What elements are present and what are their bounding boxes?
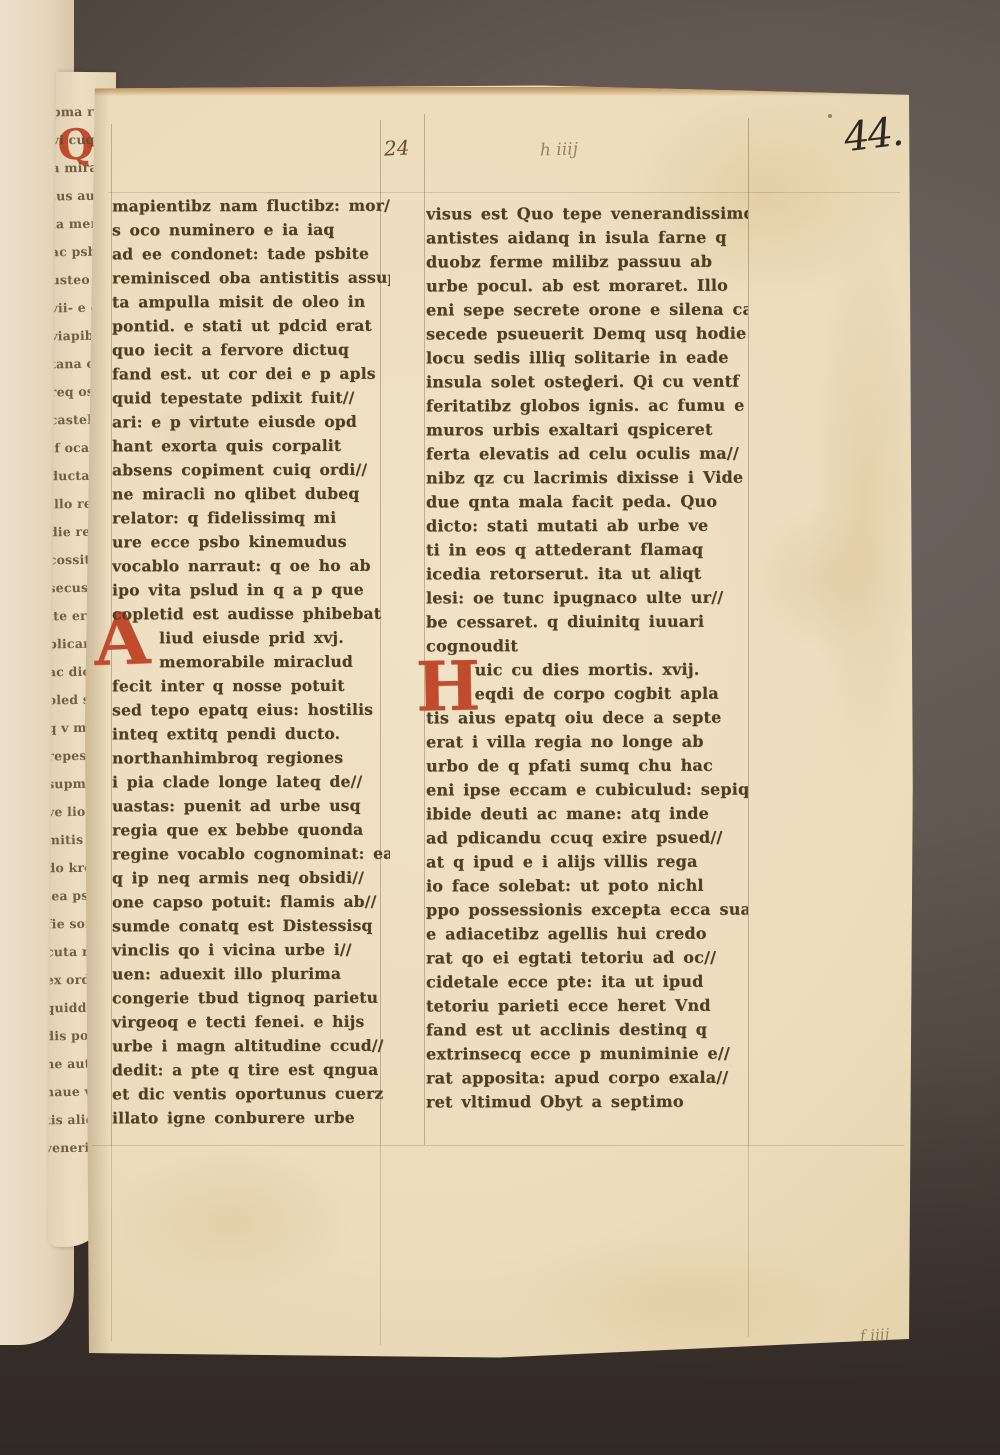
stain [514,1234,844,1364]
quire-mark: h iiij [540,139,579,160]
text-line: extrinsecq ecce p muniminie e// [426,1042,748,1067]
text-line: congerie tbud tignoq parietu [112,986,390,1011]
manuscript-page: 44. 24 h iiij f iiij A H mapientibz nam … [84,84,914,1362]
text-line: cidetale ecce pte: ita ut ipud [426,970,748,995]
text-line: eni sepe secrete orone e silena ca [426,298,748,323]
text-line: sumde conatq est Distessisq [112,914,390,939]
text-line: secede psueuerit Demq usq hodie [426,322,748,347]
text-line: tis aius epatq oiu dece a septe [426,706,748,731]
text-line: et dic ventis oportunus cuerz [112,1082,390,1107]
text-line: virgeoq e tecti fenei. e hijs [112,1010,390,1035]
ruling-line-bottom [92,1145,904,1146]
text-line: relator: q fidelissimq mi [112,506,390,531]
ruling-line-col2-right [748,118,749,1145]
folio-number: 44. [841,109,904,162]
text-line: mapientibz nam fluctibz: mor// [112,194,390,219]
text-line: ad ee condonet: tade psbite [112,242,390,267]
stain [744,504,894,654]
text-line: urbo de q pfati sumq chu hac [426,754,748,779]
text-line: nibz qz cu lacrimis dixisse i Vide [426,466,748,491]
text-line: locu sedis illiq solitarie in eade [426,346,748,371]
text-line: duobz ferme milibz passuu ab [426,250,748,275]
page-top-edge [90,87,908,96]
text-line: due qnta mala facit peda. Quo [426,490,748,515]
ruling-extension [748,1145,749,1337]
text-line: ferta elevatis ad celu oculis ma// [426,442,748,467]
ruling-line-top [108,192,900,193]
text-line: ti in eos q attederant flamaq [426,538,748,563]
text-line: sed tepo epatq eius: hostilis [112,698,390,723]
text-line: illato igne conburere urbe [112,1106,390,1131]
ruling-extension [111,1145,112,1341]
text-line: ret vltimud Obyt a septimo [426,1090,748,1115]
text-line: eni ipse eccam e cubiculud: sepiq [426,778,748,803]
text-line: reminisced oba antistitis assup// [112,266,390,291]
text-line: q ip neq armis neq obsidi// [112,866,390,891]
text-line: insula solet ostederi. Qi cu ventf [426,370,748,395]
text-line: io face solebat: ut poto nichl [426,874,748,899]
text-line: at q ipud e i alijs villis rega [426,850,748,875]
text-line: i pia clade longe lateq de// [112,770,390,795]
text-line: copletid est audisse phibebat [112,602,390,627]
text-line: vinclis qo i vicina urbe i// [112,938,390,963]
text-line: cognoudit [426,634,748,659]
text-line: liud eiusde prid xvj. [112,626,390,651]
text-line: erat i villa regia no longe ab [426,730,748,755]
text-line: fand est ut acclinis destinq q [426,1018,748,1043]
text-line: inteq extitq pendi ducto. [112,722,390,747]
text-line: icedia retorserut. ita ut aliqt [426,562,748,587]
ruling-extension [380,1145,381,1345]
ink-speck [828,114,832,118]
text-line: one capso potuit: flamis ab// [112,890,390,915]
text-line: quo iecit a fervore dictuq [112,338,390,363]
text-line: antistes aidanq in isula farne q [426,226,748,251]
text-line: uastas: puenit ad urbe usq [112,794,390,819]
text-line: urbe pocul. ab est moraret. Illo [426,274,748,299]
text-line: uen: aduexit illo plurima [112,962,390,987]
text-line: be cessaret. q diuinitq iuuari [426,610,748,635]
photograph-backdrop: { "page": { "folio_number": "44.", "top_… [0,0,1000,1455]
text-line: rat apposita: apud corpo exala// [426,1066,748,1091]
text-line: uic cu dies mortis. xvij. [426,658,748,683]
text-line: ipo vita pslud in q a p que [112,578,390,603]
text-line: s oco numinero e ia iaq [112,218,390,243]
text-line: e adiacetibz agellis hui credo [426,922,748,947]
text-line: feritatibz globos ignis. ac fumu e [426,394,748,419]
text-line: rat qo ei egtati tetoriu ad oc// [426,946,748,971]
text-line: muros urbis exaltari qspiceret [426,418,748,443]
text-line: memorabile miraclud [112,650,390,675]
text-line: fand est. ut cor dei e p apls [112,362,390,387]
text-line: ta ampulla misit de oleo in [112,290,390,315]
text-line: urbe i magn altitudine ccud// [112,1034,390,1059]
text-line: ppo possessionis excepta ecca sua [426,898,748,923]
left-text-column: mapientibz nam fluctibz: mor//s oco numi… [112,194,390,1130]
text-line: pontid. e stati ut pdcid erat [112,314,390,339]
ruling-extension [972,1184,973,1324]
text-line: eqdi de corpo cogbit apla [426,682,748,707]
text-line: ad pdicandu ccuq exire psued// [426,826,748,851]
text-line: hant exorta quis corpalit [112,434,390,459]
text-line: regia que ex bebbe quonda [112,818,390,843]
text-line: fecit inter q nosse potuit [112,674,390,699]
text-line: visus est Quo tepe venerandissimq [426,202,748,227]
text-line: ibide deuti ac mane: atq inde [426,802,748,827]
right-text-column: visus est Quo tepe venerandissimqantiste… [426,202,748,1114]
text-line: ari: e p virtute eiusde opd [112,410,390,435]
quire-signature: f iiij [859,1325,890,1345]
ruling-line-col2-left [424,114,425,1145]
text-line: vocablo narraut: q oe ho ab [112,554,390,579]
text-line: northanhimbroq regiones [112,746,390,771]
stain [810,224,920,784]
page-number-note: 24 [383,135,410,160]
text-line: quid tepestate pdixit fuit// [112,386,390,411]
stain [114,1144,354,1294]
text-line: dedit: a pte q tire est qngua [112,1058,390,1083]
text-line: dicto: stati mutati ab urbe ve [426,514,748,539]
text-line: tetoriu parieti ecce heret Vnd [426,994,748,1019]
text-line: regine vocablo cognominat: ea [112,842,390,867]
text-line: ne miracli no qlibet dubeq [112,482,390,507]
text-line: lesi: oe tunc ipugnaco ulte ur// [426,586,748,611]
text-line: absens copiment cuiq ordi// [112,458,390,483]
text-line: ure ecce psbo kinemudus [112,530,390,555]
